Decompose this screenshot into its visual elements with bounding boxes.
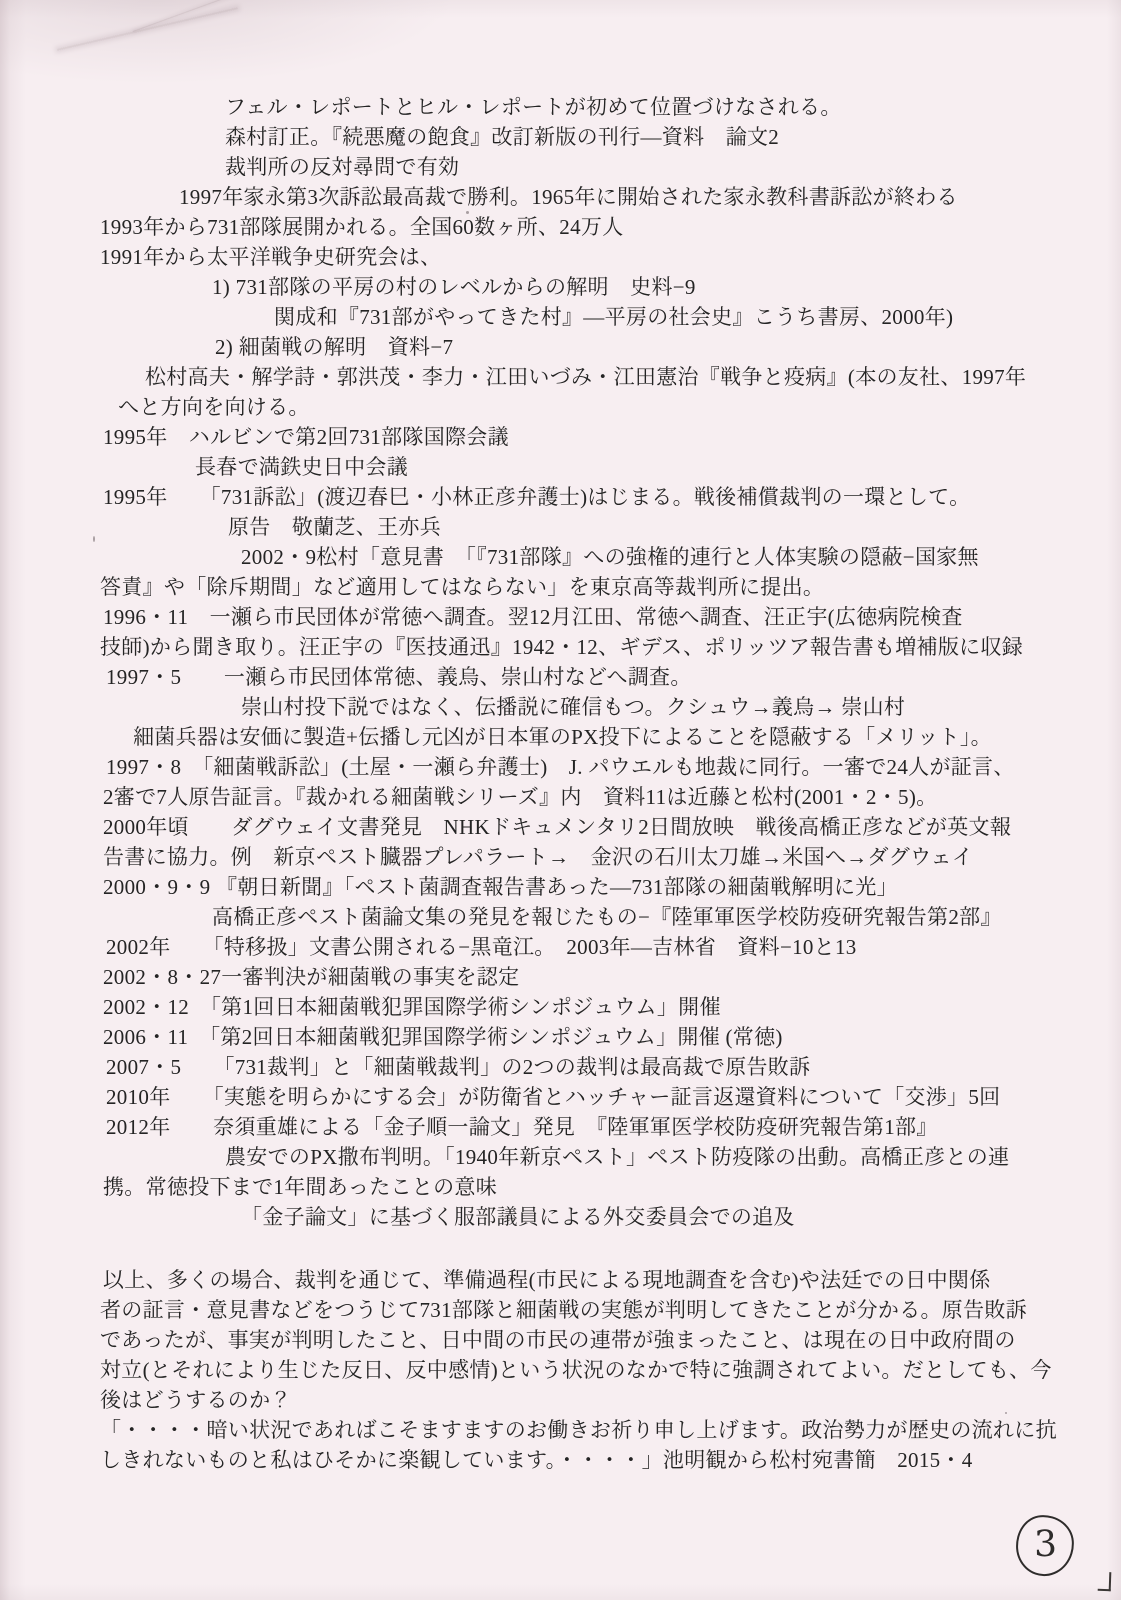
text-line: 答責』や「除斥期間」など適用してはならない」を東京高等裁判所に提出。 — [100, 572, 1060, 602]
text-line: 携。常徳投下まで1年間あったことの意味 — [100, 1172, 1060, 1202]
text-line: であったが、事実が判明したこと、日中間の市民の連帯が強まったこと、は現在の日中政… — [100, 1325, 1060, 1355]
paper-crease — [133, 0, 237, 32]
text-line: 2審で7人原告証言。『裁かれる細菌戦シリーズ』内 資料11は近藤と松村(2001… — [100, 782, 1060, 812]
text-line: フェル・レポートとヒル・レポートが初めて位置づけなされる。 — [100, 92, 1060, 122]
page-number-circle: 3 — [1014, 1513, 1076, 1578]
text-line: 2006・11 「第2回日本細菌戦犯罪国際学術シンポジュウム」開催 (常徳) — [100, 1022, 1060, 1052]
text-line: 以上、多くの場合、裁判を通じて、準備過程(市民による現地調査を含む)や法廷での日… — [100, 1265, 1060, 1295]
text-line: 2000年頃 ダグウェイ文書発見 NHKドキュメンタリ2日間放映 戦後高橋正彦な… — [100, 812, 1060, 842]
text-line: 1997年家永第3次訴訟最高裁で勝利。1965年に開始された家永教科書訴訟が終わ… — [100, 182, 1060, 212]
text-line: 「・・・・暗い状況であればこそますますのお働きお祈り申し上げます。政治勢力が歴史… — [100, 1415, 1060, 1445]
text-line: 1996・11 一瀬ら市民団体が常徳へ調査。翌12月江田、常徳へ調査、汪正宇(広… — [100, 602, 1060, 632]
text-line: 崇山村投下説ではなく、伝播説に確信もつ。クシュウ→義烏→ 崇山村 — [100, 692, 1060, 722]
text-line: 森村訂正。『続悪魔の飽食』改訂新版の刊行―資料 論文2 — [100, 122, 1060, 152]
corner-bracket-mark — [1098, 1572, 1112, 1591]
text-line: 2002年 「特移扱」文書公開される−黒竜江。 2003年―吉林省 資料−10と… — [100, 932, 1060, 962]
blank-line — [100, 1232, 1060, 1265]
text-line: 裁判所の反対尋問で有効 — [100, 152, 1060, 182]
text-line: 高橋正彦ペスト菌論文集の発見を報じたもの−『陸軍軍医学校防疫研究報告第2部』 — [100, 902, 1060, 932]
text-line: 1993年から731部隊展開かれる。全国60数ヶ所、24万人 — [100, 212, 1060, 242]
text-line: 「金子論文」に基づく服部議員による外交委員会での追及 — [100, 1202, 1060, 1232]
text-line: 2007・5 「731裁判」と「細菌戦裁判」の2つの裁判は最高裁で原告敗訴 — [100, 1052, 1060, 1082]
document-text-block: フェル・レポートとヒル・レポートが初めて位置づけなされる。森村訂正。『続悪魔の飽… — [100, 92, 1060, 1475]
text-line: 者の証言・意見書などをつうじて731部隊と細菌戦の実態が判明してきたことが分かる… — [100, 1295, 1060, 1325]
text-line: 2002・8・27一審判決が細菌戦の事実を認定 — [100, 962, 1060, 992]
scan-speckle — [93, 536, 95, 542]
scanned-document-page: フェル・レポートとヒル・レポートが初めて位置づけなされる。森村訂正。『続悪魔の飽… — [0, 0, 1121, 1600]
text-line: 松村高夫・解学詩・郭洪茂・李力・江田いづみ・江田憲治『戦争と疫病』(本の友社、1… — [100, 362, 1060, 392]
text-line: 2000・9・9 『朝日新聞』「ペスト菌調査報告書あった―731部隊の細菌戦解明… — [100, 872, 1060, 902]
page-number: 3 — [1033, 1526, 1057, 1562]
text-line: 告書に協力。例 新京ペスト臓器プレパラート→ 金沢の石川太刀雄→米国へ→ダグウェ… — [100, 842, 1060, 872]
text-line: 原告 敬蘭芝、王亦兵 — [100, 512, 1060, 542]
text-line: へと方向を向ける。 — [100, 392, 1060, 422]
text-line: 対立(とそれにより生じた反日、反中感情)という状況のなかで特に強調されてよい。だ… — [100, 1355, 1060, 1385]
text-line: 2002・12 「第1回日本細菌戦犯罪国際学術シンポジュウム」開催 — [100, 992, 1060, 1022]
text-line: 細菌兵器は安価に製造+伝播し元凶が日本軍のPX投下によることを隠蔽する「メリット… — [100, 722, 1060, 752]
text-line: 2) 細菌戦の解明 資料−7 — [100, 332, 1060, 362]
text-line: しきれないものと私はひそかに楽観しています。・・・・」池明観から松村宛書簡 20… — [100, 1445, 1060, 1475]
text-line: 2002・9松村「意見書 「『731部隊』への強権的連行と人体実験の隠蔽−国家無 — [100, 542, 1060, 572]
text-line: 1995年 ハルビンで第2回731部隊国際会議 — [100, 422, 1060, 452]
text-line: 1995年 「731訴訟」(渡辺春巳・小林正彦弁護士)はじまる。戦後補償裁判の一… — [100, 482, 1060, 512]
text-line: 後はどうするのか？ — [100, 1385, 1060, 1415]
text-line: 1991年から太平洋戦争史研究会は、 — [100, 242, 1060, 272]
text-line: 1997・5 一瀬ら市民団体常徳、義烏、崇山村などへ調査。 — [100, 662, 1060, 692]
text-line: 長春で満鉄史日中会議 — [100, 452, 1060, 482]
paper-crease — [57, 7, 238, 51]
text-line: 関成和『731部がやってきた村』―平房の社会史』こうち書房、2000年) — [100, 302, 1060, 332]
text-line: 2012年 奈須重雄による「金子順一論文」発見 『陸軍軍医学校防疫研究報告第1部… — [100, 1112, 1060, 1142]
text-line: 1997・8 「細菌戦訴訟」(土屋・一瀬ら弁護士) J. パウエルも地裁に同行。… — [100, 752, 1060, 782]
text-line: 技師)から聞き取り。汪正宇の『医技通迅』1942・12、ギデス、ポリッツア報告書… — [100, 632, 1060, 662]
text-line: 農安でのPX撒布判明。「1940年新京ペスト」ペスト防疫隊の出動。高橋正彦との連 — [100, 1142, 1060, 1172]
text-line: 1) 731部隊の平房の村のレベルからの解明 史料−9 — [100, 272, 1060, 302]
text-line: 2010年 「実態を明らかにする会」が防衛省とハッチャー証言返還資料について「交… — [100, 1082, 1060, 1112]
